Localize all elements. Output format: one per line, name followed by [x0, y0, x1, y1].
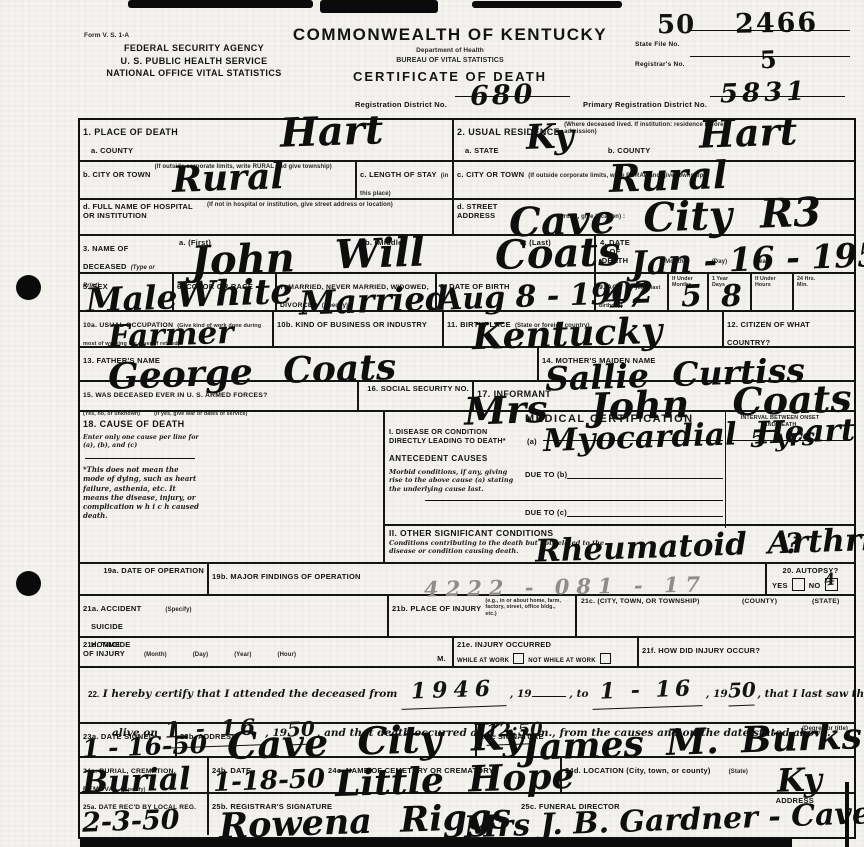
- middle-name-value: Will: [334, 232, 425, 275]
- while-at-work-label: WHILE AT WORK: [457, 658, 509, 664]
- certificate-form: 1. PLACE OF DEATH a. COUNTY Hart 2. USUA…: [78, 118, 856, 839]
- not-while-at-work-checkbox[interactable]: [600, 653, 611, 664]
- agency-line-2: U. S. PUBLIC HEALTH SERVICE: [84, 56, 304, 67]
- state-file-no-label: State File No.: [635, 41, 680, 49]
- cemetery-value: Little Hope: [334, 758, 575, 802]
- cell-cause-label: 18. CAUSE OF DEATH Enter only one cause …: [80, 412, 385, 562]
- findings-label: 19b. MAJOR FINDINGS OF OPERATION: [212, 572, 361, 581]
- marital-value: Married: [298, 281, 448, 319]
- autopsy-yes-label: YES: [772, 581, 788, 590]
- row-place-residence: 1. PLACE OF DEATH a. COUNTY Hart 2. USUA…: [80, 120, 854, 160]
- cell-place-of-injury: 21b. PLACE OF INJURY (e.g., in or about …: [387, 596, 575, 636]
- scan-artifact-top-2: [320, 0, 438, 13]
- autopsy-no-mark: 4: [822, 569, 836, 589]
- state-file-no-value: 2466: [735, 9, 819, 37]
- residence-county-value: Hart: [698, 112, 797, 153]
- cert-number: 22.: [88, 690, 99, 699]
- due-to-b-label: DUE TO (b): [525, 470, 567, 479]
- cert-text-1: I hereby certify that I attended the dec…: [103, 688, 398, 700]
- registrar-no-label: Registrar's No.: [635, 61, 685, 69]
- primary-district-label: Primary Registration District No.: [583, 100, 707, 109]
- certification-line-1: 22. I hereby certify that I attended the…: [88, 674, 846, 708]
- cell-age-hours: If Under Hours: [750, 274, 792, 310]
- cert-text-2: , 19: [510, 688, 532, 700]
- cert-text-3: , to: [569, 688, 588, 700]
- cert-to-value: 1 - 16: [592, 672, 703, 710]
- burial-date-value: 1-18-50: [213, 766, 326, 796]
- cell-length-of-stay: c. LENGTH OF STAY (in this place): [355, 162, 452, 198]
- while-at-work-checkbox[interactable]: [513, 653, 524, 664]
- accident-label: 21a. ACCIDENT: [83, 604, 141, 613]
- birthplace-value: Kentucky: [471, 313, 662, 356]
- row-name-dod: 3. NAME OF DECEASED (Type or Print) a. (…: [80, 234, 854, 272]
- pod-city-label: b. CITY OR TOWN: [83, 170, 151, 179]
- cell-dob: 8. DATE OF BIRTH Aug 8 - 1902: [435, 274, 594, 310]
- cell-signature: 23c. SIGNATURE (Degree or title) James M…: [475, 724, 854, 756]
- suicide-label: SUICIDE: [91, 622, 123, 631]
- place-of-injury-label: 21b. PLACE OF INJURY: [392, 604, 481, 613]
- row-operation: 19a. DATE OF OPERATION 19b. MAJOR FINDIN…: [80, 562, 854, 594]
- form-number: Form V. S. 1-A: [84, 32, 304, 40]
- scan-artifact-top-3: [472, 1, 622, 8]
- due-to-c-label: DUE TO (c): [525, 508, 567, 517]
- cell-race: 6. COLOR OR RACE White: [172, 274, 275, 310]
- how-injury-label: 21f. HOW DID INJURY OCCUR?: [642, 646, 760, 655]
- due-to-b-line: [567, 478, 723, 479]
- dod-value: Jan - 16 - 1950: [631, 237, 864, 279]
- dept-of-health: Department of Health: [280, 47, 620, 55]
- autopsy-no-label: NO: [809, 581, 821, 590]
- injury-state-label: (STATE): [812, 598, 840, 606]
- cell-accident-type: 21a. ACCIDENT (Specify) SUICIDE HOMICIDE: [80, 596, 387, 636]
- other-conditions-value: Rheumatoid Arthritis: [535, 523, 864, 567]
- injury-day-header: (Day): [193, 652, 209, 658]
- cell-street-address: d. STREET ADDRESS (If rural, give locati…: [452, 200, 854, 234]
- cert-to-year: 50: [727, 675, 754, 707]
- other-conditions-interval: ?: [785, 530, 802, 559]
- min-header-2: Min.: [797, 282, 851, 288]
- county-value: Hart: [279, 110, 384, 154]
- months-value: 5: [680, 282, 702, 313]
- header-center: COMMONWEALTH OF KENTUCKY Department of H…: [280, 26, 620, 83]
- antecedent-label: ANTECEDENT CAUSES: [389, 454, 488, 464]
- citizen-label: 12. CITIZEN OF WHAT COUNTRY?: [727, 320, 810, 347]
- injury-county-label: (COUNTY): [742, 598, 777, 606]
- cell-place-of-death-county: 1. PLACE OF DEATH a. COUNTY Hart: [80, 120, 452, 160]
- last-name-value: Coats: [494, 232, 621, 276]
- antecedent-note: Morbid conditions, if any, giving rise t…: [389, 468, 519, 493]
- residence-city-label: c. CITY OR TOWN: [457, 170, 524, 179]
- cause-enter-note: Enter only one cause per line for (a), (…: [83, 434, 213, 450]
- cell-cemetery: 24c. NAME OF CEMETERY OR CREMATORY Littl…: [325, 758, 560, 792]
- cert-from-value: 1946: [400, 672, 506, 710]
- cell-informant: 17. INFORMANT Mrs John Coats: [472, 382, 854, 410]
- burial-location-label: 24d. LOCATION (City, town, or county): [565, 766, 711, 775]
- findings-pencil-notation: 4222 - 081 - 17: [424, 574, 708, 600]
- row-signed: 23a. DATE SIGNED 1 - 16-50 23b. ADDRESS …: [80, 722, 854, 756]
- accident-note: (Specify): [165, 607, 191, 613]
- cause-footnote: *This does not mean the mode of dying, s…: [83, 465, 201, 520]
- residence-county-label: b. COUNTY: [608, 146, 651, 155]
- cell-operation-date: 19a. DATE OF OPERATION: [80, 564, 207, 594]
- county-label: a. COUNTY: [91, 146, 133, 155]
- disease-a-label: (a): [527, 437, 537, 446]
- date-signed-value: 1 - 16-50: [82, 732, 208, 761]
- place-of-injury-note: (e.g., in or about home, farm, factory, …: [485, 598, 565, 617]
- burial-location-value: Ky: [776, 763, 822, 797]
- cell-age-min: 24 Hrs. Min.: [792, 274, 854, 310]
- burial-type-value: Burial: [81, 764, 191, 799]
- cert-text-5: , that I last saw the deceased: [757, 688, 864, 700]
- agency-line-1: FEDERAL SECURITY AGENCY: [84, 43, 304, 54]
- cell-major-findings: 19b. MAJOR FINDINGS OF OPERATION 4222 - …: [207, 564, 765, 594]
- injury-city-label: 21c. (CITY, TOWN, OR TOWNSHIP): [581, 598, 700, 606]
- due-to-c-line: [567, 516, 723, 517]
- time-of-injury-label: 21d. TIME OF INJURY: [83, 640, 128, 658]
- race-value: White: [175, 274, 293, 313]
- cell-funeral-director: 25c. FUNERAL DIRECTOR ADDRESS Mrs J. B. …: [460, 794, 854, 835]
- scan-artifact-top-1: [128, 0, 313, 8]
- days-value: 8: [720, 282, 742, 313]
- not-while-at-work-label: NOT WHILE AT WORK: [528, 658, 596, 664]
- cell-name-label: 3. NAME OF DECEASED (Type or Print): [80, 236, 175, 272]
- street-label: d. STREET ADDRESS: [457, 202, 512, 220]
- hospital-label: d. FULL NAME OF HOSPITAL OR INSTITUTION: [83, 202, 203, 220]
- cell-burial-type: 24a. BURIAL, CREMATION, REMOVAL (Specify…: [80, 758, 207, 792]
- disease-a-interval: 5 yrs: [750, 425, 816, 451]
- cert-text-4: , 19: [706, 688, 728, 700]
- autopsy-label: 20. AUTOPSY?: [770, 566, 851, 575]
- certificate-title: CERTIFICATE OF DEATH: [280, 70, 620, 83]
- other-conditions-label: II. OTHER SIGNIFICANT CONDITIONS: [389, 528, 553, 538]
- operation-date-label: 19a. DATE OF OPERATION: [83, 566, 204, 575]
- row-registrar: 25a. DATE REC'D BY LOCAL REG. 2-3-50 25b…: [80, 792, 854, 835]
- cell-registrar-signature: 25b. REGISTRAR'S SIGNATURE Rowena Riggs: [207, 794, 460, 835]
- residence-state-value: Ky: [525, 119, 574, 155]
- cell-address-signed: 23b. ADDRESS Cave City Ky: [175, 724, 475, 756]
- death-certificate-scan: Form V. S. 1-A FEDERAL SECURITY AGENCY U…: [0, 0, 864, 847]
- punch-hole-bottom: [16, 571, 41, 596]
- cell-how-injury: 21f. HOW DID INJURY OCCUR?: [637, 638, 854, 666]
- cell-birthplace: 11. BIRTHPLACE (State or foreign country…: [442, 312, 722, 346]
- punch-hole-top: [16, 275, 41, 300]
- agency-line-3: NATIONAL OFFICE VITAL STATISTICS: [84, 68, 304, 79]
- occupation-value: Farmer: [107, 318, 234, 353]
- burial-location-state-label: (State): [729, 769, 748, 775]
- cell-pod-city: b. CITY OR TOWN (If outside corporate li…: [80, 162, 355, 198]
- residence-state-label: a. STATE: [465, 146, 499, 155]
- injury-year-header: (Year): [234, 652, 251, 658]
- injury-occurred-label: 21e. INJURY OCCURRED: [457, 640, 634, 649]
- cell-citizen: 12. CITIZEN OF WHAT COUNTRY?: [722, 312, 854, 346]
- age-value: 47: [603, 279, 649, 313]
- cell-date-signed: 23a. DATE SIGNED 1 - 16-50: [80, 724, 175, 756]
- injury-m-label: M.: [437, 654, 446, 663]
- autopsy-no-checkbox[interactable]: 4: [825, 578, 838, 591]
- registrar-no-value: 5: [760, 48, 778, 73]
- row-certification: 22. I hereby certify that I attended the…: [80, 666, 854, 722]
- row-time-of-injury: 21d. TIME OF INJURY (Month) (Day) (Year)…: [80, 636, 854, 666]
- cause-section-label: 18. CAUSE OF DEATH: [83, 419, 185, 429]
- cell-marital: 7. MARRIED, NEVER MARRIED, WIDOWED, DIVO…: [275, 274, 435, 310]
- name-of-deceased-label: 3. NAME OF DECEASED: [83, 244, 128, 271]
- autopsy-yes-checkbox[interactable]: [792, 578, 805, 591]
- cell-injury-occurred: 21e. INJURY OCCURRED WHILE AT WORK NOT W…: [452, 638, 637, 666]
- cell-autopsy: 20. AUTOPSY? YES NO 4: [765, 564, 854, 594]
- cert-blank-year: [532, 696, 566, 697]
- place-of-death-label: 1. PLACE OF DEATH: [83, 127, 178, 137]
- header-left: Form V. S. 1-A FEDERAL SECURITY AGENCY U…: [84, 32, 304, 79]
- injury-month-header: (Month): [144, 652, 167, 658]
- cause-divider: [85, 458, 195, 459]
- bureau-vital-statistics: BUREAU OF VITAL STATISTICS: [280, 57, 620, 65]
- father-value: George Coats: [107, 349, 396, 395]
- due-to-b-line-2: [425, 500, 723, 501]
- sex-value: Male: [85, 280, 178, 316]
- stay-label: c. LENGTH OF STAY: [360, 170, 437, 179]
- cell-name-values: a. (First) b. (Middle) c. (Last) John Wi…: [175, 236, 594, 272]
- cell-medical-certification: MEDICAL CERTIFICATION INTERVAL BETWEEN O…: [385, 412, 854, 562]
- hours-header-2: Hours: [755, 282, 789, 288]
- cell-time-of-injury: 21d. TIME OF INJURY (Month) (Day) (Year)…: [80, 638, 452, 666]
- row-hospital-street: d. FULL NAME OF HOSPITAL OR INSTITUTION …: [80, 198, 854, 234]
- cell-sex: 5. SEX Male: [80, 274, 172, 310]
- injury-hour-header: (Hour): [277, 652, 296, 658]
- cell-injury-location: 21c. (CITY, TOWN, OR TOWNSHIP) (COUNTY) …: [575, 596, 854, 636]
- date-received-value: 2-3-50: [82, 806, 180, 836]
- hospital-note: (If not in hospital or institution, give…: [207, 202, 417, 209]
- state-file-year: 50: [657, 12, 695, 38]
- primary-district-value: 5831: [720, 78, 809, 107]
- reg-district-value: 680: [470, 81, 536, 110]
- pod-city-value: Rural: [171, 158, 284, 198]
- commonwealth-title: COMMONWEALTH OF KENTUCKY: [280, 26, 620, 43]
- disease-label-2: DIRECTLY LEADING TO DEATH*: [389, 437, 506, 446]
